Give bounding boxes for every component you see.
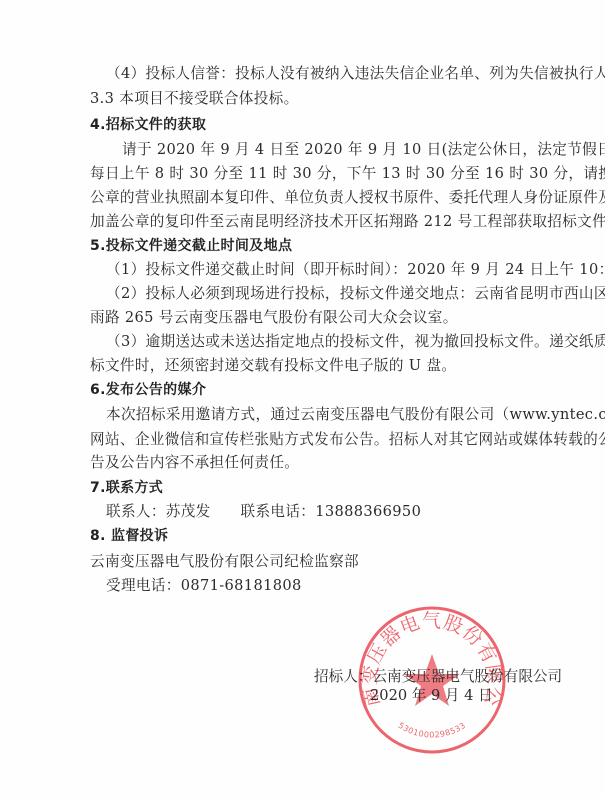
section-heading: 7.联系方式 (90, 478, 163, 498)
text-line: 公章的营业执照副本复印件、单位负责人授权书原件、委托代理人身份证原件及 (90, 188, 605, 208)
issuer-signature: 招标人：云南变压器电气股份有限公司 (314, 667, 562, 687)
document-page: （4）投标人信誉：投标人没有被纳入违法失信企业名单、列为失信被执行人。3.3 本… (0, 0, 605, 798)
text-line: 加盖公章的复印件至云南昆明经济技术开区拓翔路 212 号工程部获取招标文件。 (90, 212, 605, 232)
text-line: 联系人：苏茂发 联系电话：13888366950 (106, 502, 421, 522)
section-heading: 8. 监督投诉 (90, 526, 168, 546)
signature-date: 2020 年 9 月 4 日 (370, 686, 493, 706)
text-line: 雨路 265 号云南变压器电气股份有限公司大众会议室。 (90, 308, 458, 328)
text-line: 告及公告内容不承担任何责任。 (90, 453, 299, 473)
text-line: 标文件时，还须密封递交载有投标文件电子版的 U 盘。 (90, 356, 456, 376)
text-line: 3.3 本项目不接受联合体投标。 (90, 89, 299, 109)
section-heading: 6.发布公告的媒介 (90, 380, 206, 400)
text-line: （3）逾期送达或未送达指定地点的投标文件，视为撤回投标文件。递交纸质投 (106, 332, 605, 352)
text-line: （2）投标人必须到现场进行投标，投标文件递交地点：云南省昆明市西山区春 (106, 284, 605, 304)
stamp-serial: 5301000298533 (397, 721, 468, 740)
text-line: 请于 2020 年 9 月 4 日至 2020 年 9 月 10 日(法定公休日… (122, 140, 605, 160)
text-line: （1）投标文件递交截止时间（即开标时间）：2020 年 9 月 24 日上午 1… (106, 260, 605, 280)
text-line: （4）投标人信誉：投标人没有被纳入违法失信企业名单、列为失信被执行人。 (106, 64, 605, 84)
text-line: 每日上午 8 时 30 分至 11 时 30 分，下午 13 时 30 分至 1… (90, 164, 605, 184)
text-line: 受理电话：0871-68181808 (106, 576, 302, 596)
text-line: 本次招标采用邀请方式，通过云南变压器电气股份有限公司（www.yntec.com… (106, 405, 605, 425)
text-line: 云南变压器电气股份有限公司纪检监察部 (90, 552, 359, 572)
svg-text:5301000298533: 5301000298533 (397, 721, 468, 740)
section-heading: 4.招标文件的获取 (90, 115, 206, 135)
section-heading: 5.投标文件递交截止时间及地点 (90, 236, 292, 256)
text-line: 网站、企业微信和宣传栏张贴方式发布公告。招标人对其它网站或媒体转载的公 (90, 430, 605, 450)
